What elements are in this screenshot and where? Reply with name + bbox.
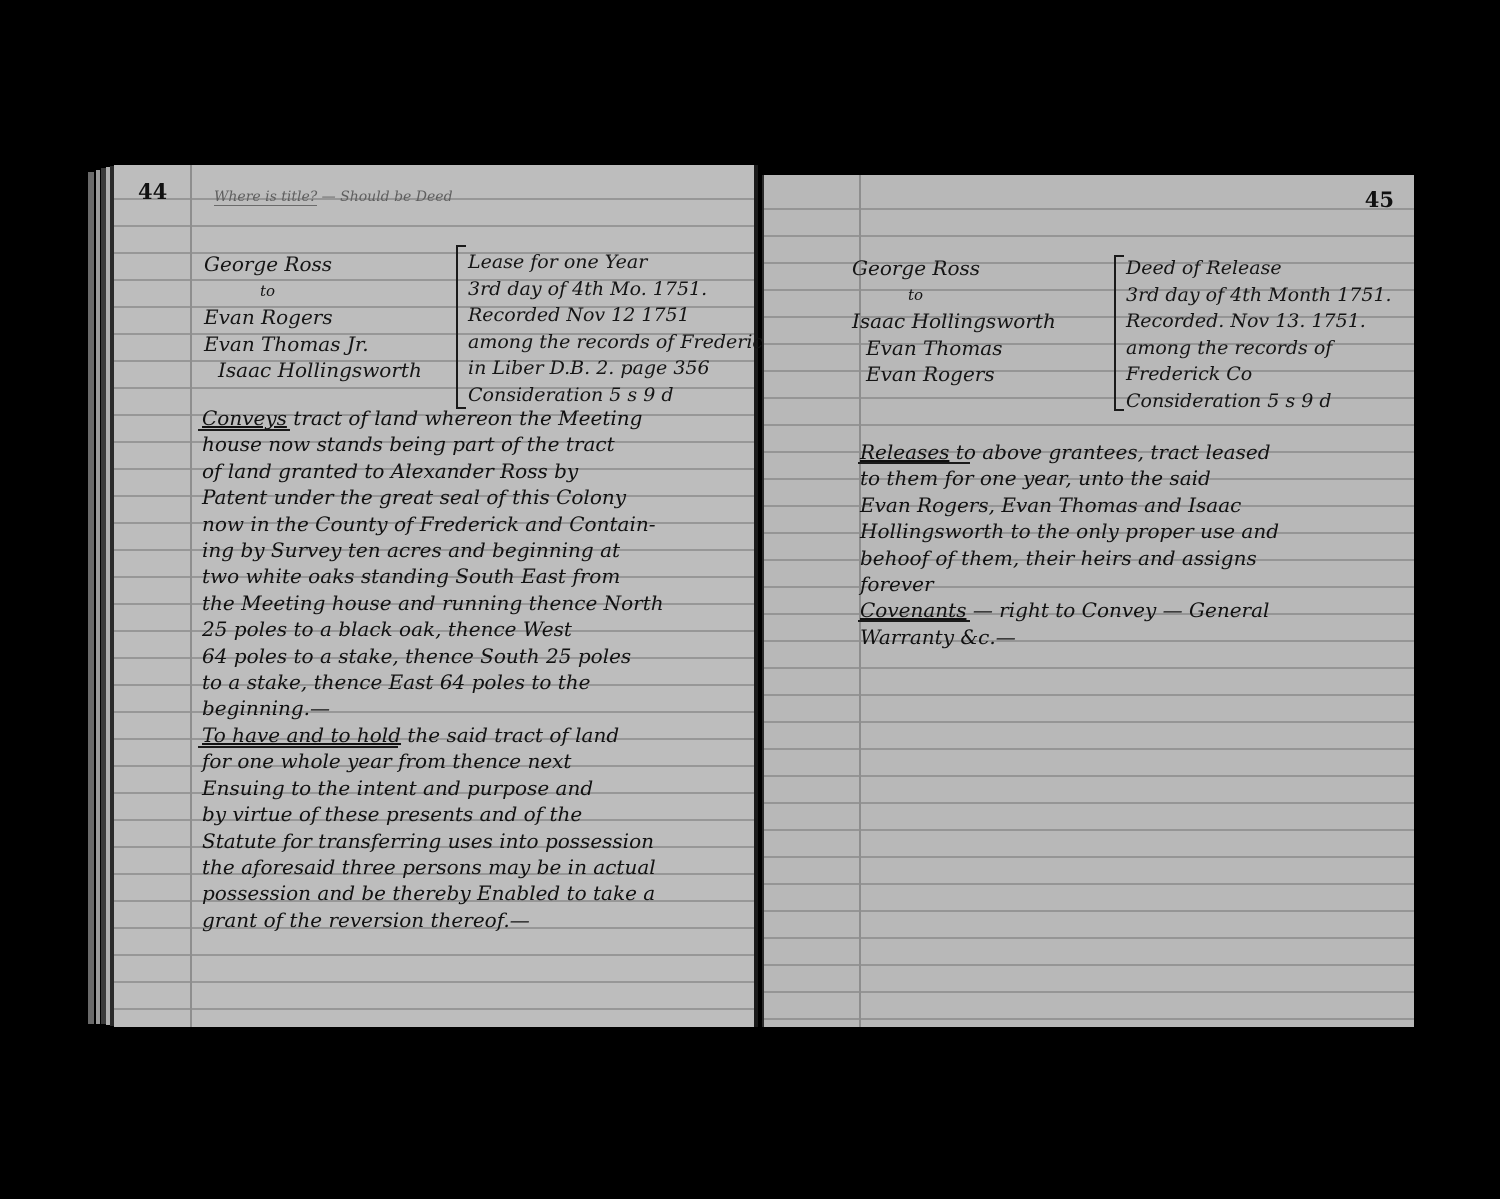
instrument-date: 3rd day of 4th Mo. 1751. bbox=[468, 276, 807, 303]
grantee: Evan Thomas Jr. bbox=[204, 331, 422, 358]
body-line: by virtue of these presents and of the bbox=[202, 801, 664, 827]
left-page: 44 Where is title? — Should be Deed Geor… bbox=[114, 165, 758, 1027]
consideration: Consideration 5 s 9 d bbox=[1126, 388, 1392, 415]
records-location: among the records of bbox=[1126, 335, 1392, 362]
body-line: house now stands being part of the tract bbox=[202, 431, 664, 457]
records-location: among the records of Frederick Co bbox=[468, 329, 807, 356]
brace bbox=[456, 245, 466, 409]
deed-body: Conveys tract of land whereon the Meetin… bbox=[202, 405, 664, 933]
body-line: behoof of them, their heirs and assigns bbox=[860, 545, 1279, 571]
recorded-date: Recorded. Nov 13. 1751. bbox=[1126, 308, 1392, 335]
body-line: the Meeting house and running thence Nor… bbox=[202, 590, 664, 616]
instrument-date: 3rd day of 4th Month 1751. bbox=[1126, 282, 1392, 309]
deed-body: Releases to above grantees, tract leased… bbox=[860, 439, 1279, 650]
body-line: 64 poles to a stake, thence South 25 pol… bbox=[202, 643, 664, 669]
body-line: the aforesaid three persons may be in ac… bbox=[202, 854, 664, 880]
grantee: Evan Rogers bbox=[204, 304, 422, 331]
body-line: beginning.— bbox=[202, 695, 664, 721]
margin-note-comment: — Should be Deed bbox=[317, 189, 452, 205]
brace bbox=[1114, 255, 1124, 411]
body-line: Evan Rogers, Evan Thomas and Isaac bbox=[860, 492, 1279, 518]
recorded-date: Recorded Nov 12 1751 bbox=[468, 302, 807, 329]
page-number: 45 bbox=[1365, 187, 1394, 212]
body-line: Statute for transferring uses into posse… bbox=[202, 828, 664, 854]
to-label: to bbox=[852, 282, 1056, 309]
body-line: 25 poles to a black oak, thence West bbox=[202, 616, 664, 642]
body-line: grant of the reversion thereof.— bbox=[202, 907, 664, 933]
instrument-details: Deed of Release 3rd day of 4th Month 175… bbox=[1126, 255, 1392, 414]
body-line: Covenants — right to Convey — General bbox=[860, 597, 1279, 623]
body-line: Releases to above grantees, tract leased bbox=[860, 439, 1279, 465]
parties-block: George Ross to Isaac Hollingsworth Evan … bbox=[852, 255, 1056, 388]
body-line: possession and be thereby Enabled to tak… bbox=[202, 880, 664, 906]
body-line: Hollingsworth to the only proper use and bbox=[860, 518, 1279, 544]
parties-block: George Ross to Evan Rogers Evan Thomas J… bbox=[204, 251, 422, 384]
page-number: 44 bbox=[138, 179, 167, 204]
to-label: to bbox=[204, 278, 422, 305]
body-line: Conveys tract of land whereon the Meetin… bbox=[202, 405, 664, 431]
body-line: Ensuing to the intent and purpose and bbox=[202, 775, 664, 801]
margin-note: Where is title? — Should be Deed bbox=[214, 189, 453, 205]
county: Frederick Co bbox=[1126, 361, 1392, 388]
instrument-type: Deed of Release bbox=[1126, 255, 1392, 282]
page-edge bbox=[88, 172, 94, 1024]
body-line: for one whole year from thence next bbox=[202, 748, 664, 774]
open-ledger-book: 44 Where is title? — Should be Deed Geor… bbox=[0, 0, 1500, 1199]
margin-rule bbox=[190, 165, 192, 1027]
body-line: forever bbox=[860, 571, 1279, 597]
instrument-type: Lease for one Year bbox=[468, 249, 807, 276]
body-line: of land granted to Alexander Ross by bbox=[202, 458, 664, 484]
right-page: 45 George Ross to Isaac Hollingsworth Ev… bbox=[762, 175, 1414, 1027]
grantee: Isaac Hollingsworth bbox=[204, 357, 422, 384]
page-edge bbox=[96, 170, 100, 1024]
grantee: Evan Rogers bbox=[852, 361, 1056, 388]
body-line: To have and to hold the said tract of la… bbox=[202, 722, 664, 748]
body-line: Patent under the great seal of this Colo… bbox=[202, 484, 664, 510]
body-line: to them for one year, unto the said bbox=[860, 465, 1279, 491]
liber-reference: in Liber D.B. 2. page 356 bbox=[468, 355, 807, 382]
grantee: Isaac Hollingsworth bbox=[852, 308, 1056, 335]
margin-note-question: Where is title? bbox=[214, 189, 317, 206]
body-line: two white oaks standing South East from bbox=[202, 563, 664, 589]
body-line: Warranty &c.— bbox=[860, 624, 1279, 650]
body-line: now in the County of Frederick and Conta… bbox=[202, 511, 664, 537]
grantor: George Ross bbox=[852, 255, 1056, 282]
grantee: Evan Thomas bbox=[852, 335, 1056, 362]
grantor: George Ross bbox=[204, 251, 422, 278]
body-line: ing by Survey ten acres and beginning at bbox=[202, 537, 664, 563]
body-line: to a stake, thence East 64 poles to the bbox=[202, 669, 664, 695]
instrument-details: Lease for one Year 3rd day of 4th Mo. 17… bbox=[468, 249, 807, 408]
